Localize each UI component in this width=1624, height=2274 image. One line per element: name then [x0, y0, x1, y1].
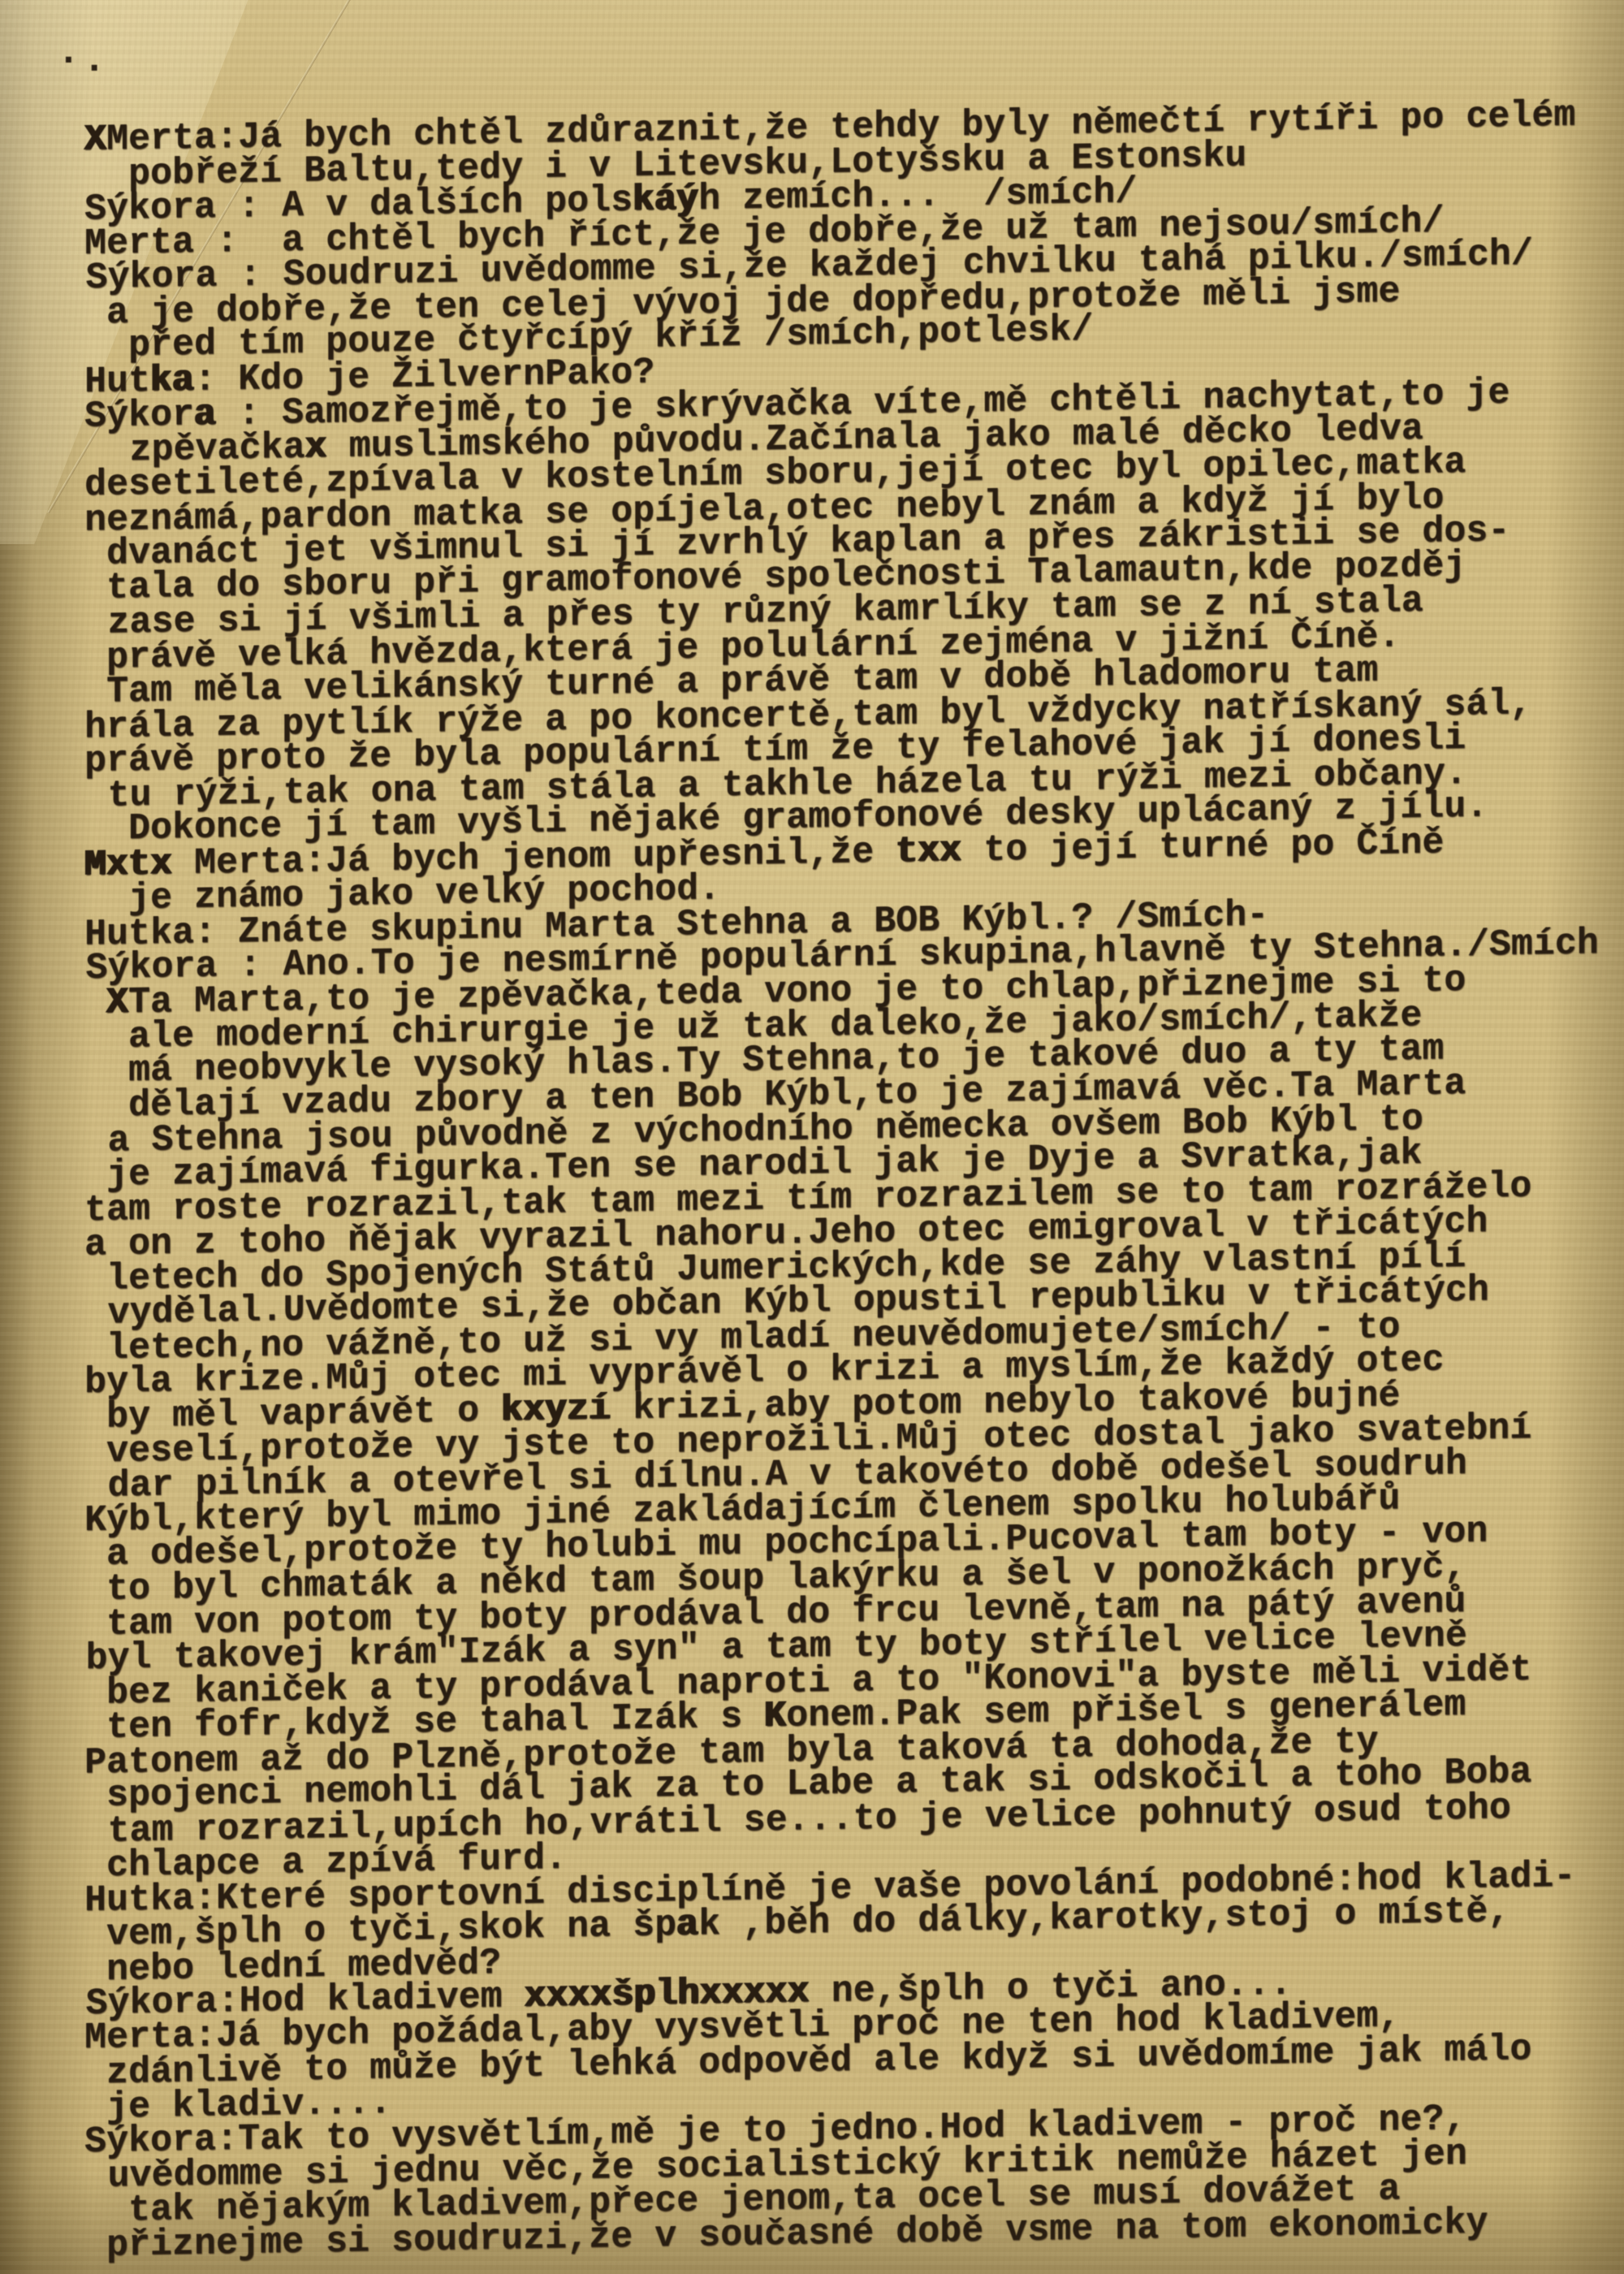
photo-of-document: ·. XMerta:Já bych chtěl zdůraznit,že teh… [0, 0, 1624, 2274]
overstruck-text: káý [633, 179, 698, 221]
overstruck-text: x [305, 426, 327, 468]
overstruck-text: a [676, 1904, 698, 1945]
overstruck-text: X [84, 119, 106, 161]
typed-text: h zemích... /smích/ [698, 171, 1137, 220]
typewritten-text-block: XMerta:Já bych chtěl zdůraznit,že tehdy … [84, 94, 1624, 2263]
typed-text: chlapce a zpívá furd. [106, 1838, 567, 1887]
typed-text: zpěvačka [130, 426, 305, 471]
ink-dots-mark: ·. [57, 39, 109, 83]
